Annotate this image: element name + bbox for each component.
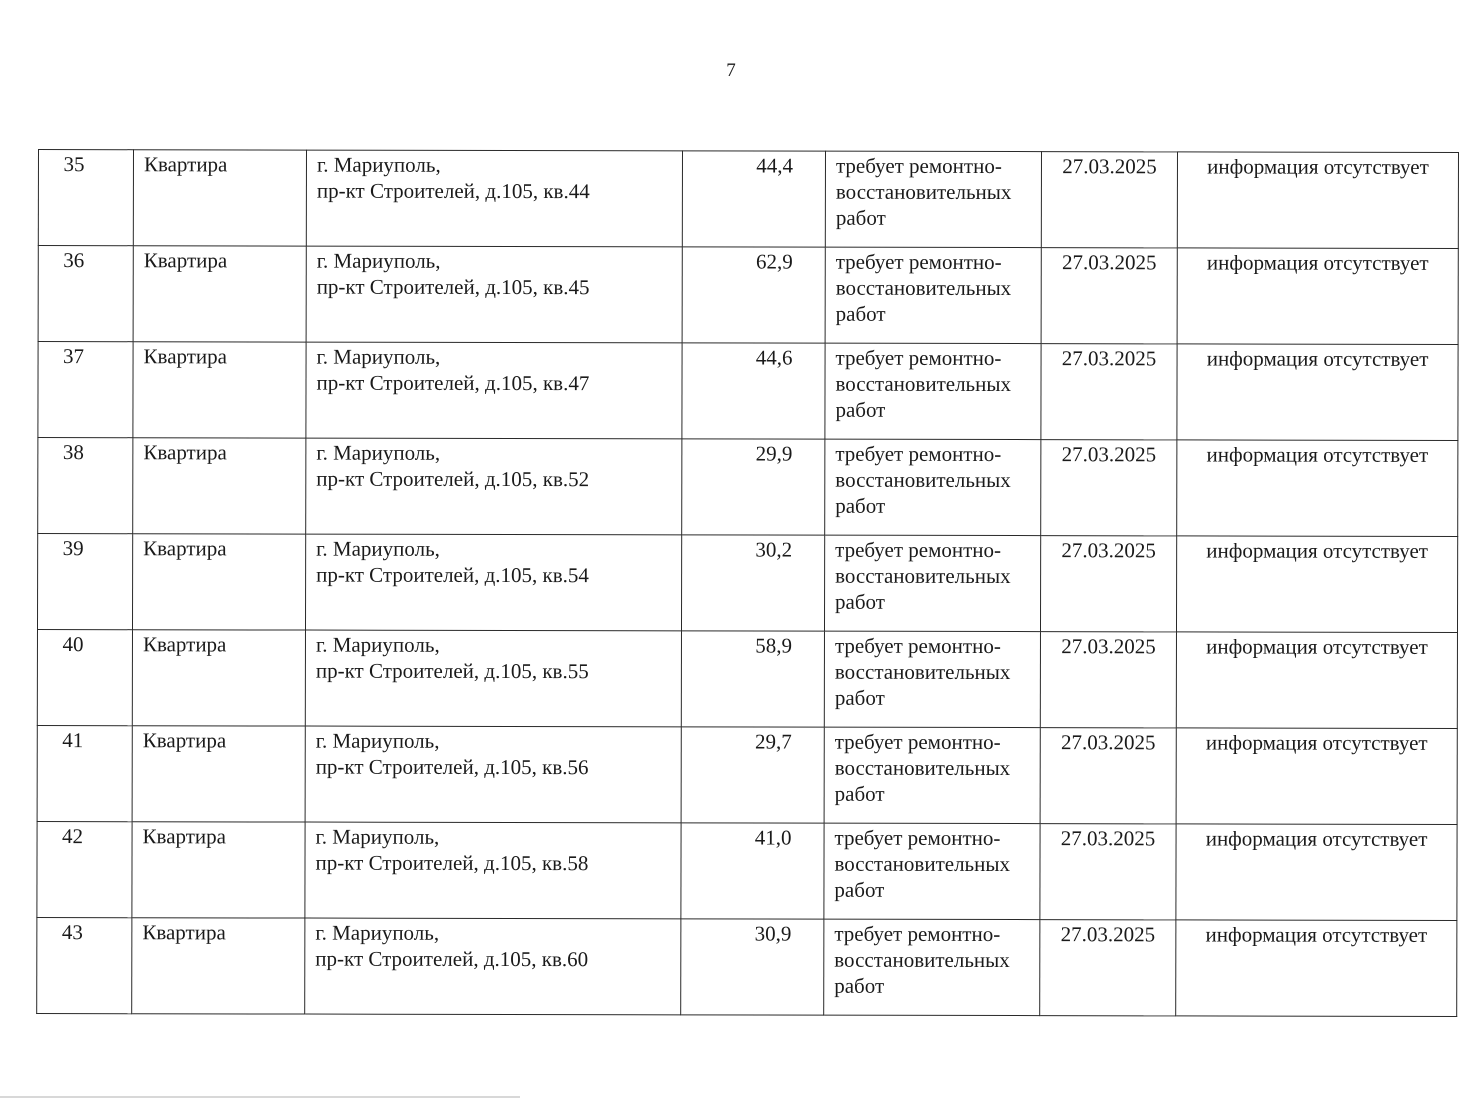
page-number: 7 [0,60,1462,82]
condition-line-3: работ [835,685,1030,711]
row-number: 37 [38,342,133,438]
condition-line-3: работ [835,589,1030,615]
property-type: Квартира [132,534,305,630]
condition-line-1: требует ремонтно- [836,345,1031,371]
property-type: Квартира [133,438,306,534]
condition-line-2: восстановительных [836,275,1031,301]
property-address: г. Мариуполь, пр-кт Строителей, д.105, к… [305,534,681,631]
condition-line-2: восстановительных [835,563,1030,589]
property-address: г. Мариуполь, пр-кт Строителей, д.105, к… [305,918,681,1015]
property-area: 41,0 [681,823,824,919]
row-number: 35 [38,150,133,246]
address-city: г. Мариуполь, [316,440,671,467]
address-city: г. Мариуполь, [316,536,671,563]
address-street: пр-кт Строителей, д.105, кв.47 [316,370,671,397]
owner-info: информация отсутствует [1176,728,1457,825]
owner-info: информация отсутствует [1176,536,1457,633]
table-row: 35 Квартира г. Мариуполь, пр-кт Строител… [38,150,1458,249]
address-city: г. Мариуполь, [316,632,671,659]
property-address: г. Мариуполь, пр-кт Строителей, д.105, к… [306,150,682,247]
address-city: г. Мариуполь, [315,920,670,947]
property-address: г. Мариуполь, пр-кт Строителей, д.105, к… [306,438,682,535]
condition-line-3: работ [835,781,1030,807]
condition-line-2: восстановительных [835,659,1030,685]
property-address: г. Мариуполь, пр-кт Строителей, д.105, к… [305,630,681,727]
row-number: 42 [37,821,132,917]
condition-line-2: восстановительных [836,179,1031,205]
property-condition: требует ремонтно- восстановительных рабо… [824,727,1040,823]
inspection-date: 27.03.2025 [1040,536,1176,632]
condition-line-3: работ [836,205,1031,231]
table-row: 43 Квартира г. Мариуполь, пр-кт Строител… [37,917,1457,1016]
property-area: 62,9 [682,247,825,343]
condition-line-1: требует ремонтно- [836,153,1031,179]
address-street: пр-кт Строителей, д.105, кв.45 [317,274,672,301]
address-street: пр-кт Строителей, д.105, кв.44 [317,178,672,205]
owner-info: информация отсутствует [1176,824,1457,921]
inspection-date: 27.03.2025 [1040,920,1176,1016]
property-type: Квартира [133,150,306,246]
condition-line-1: требует ремонтно- [836,249,1031,275]
condition-line-3: работ [835,493,1030,519]
property-area: 30,2 [681,535,824,631]
table-row: 36 Квартира г. Мариуполь, пр-кт Строител… [38,246,1458,345]
row-number: 43 [37,917,132,1013]
row-number: 36 [38,246,133,342]
property-area: 58,9 [681,631,824,727]
row-number: 40 [37,630,132,726]
table-row: 41 Квартира г. Мариуполь, пр-кт Строител… [37,725,1457,824]
row-number: 38 [38,438,133,534]
property-condition: требует ремонтно- восстановительных рабо… [824,919,1040,1015]
property-type: Квартира [133,342,306,438]
condition-line-2: восстановительных [835,467,1030,493]
owner-info: информация отсутствует [1176,632,1457,729]
row-number: 41 [37,725,132,821]
condition-line-1: требует ремонтно- [835,825,1030,851]
condition-line-3: работ [834,973,1029,999]
address-street: пр-кт Строителей, д.105, кв.58 [315,850,670,877]
condition-line-2: восстановительных [834,851,1029,877]
address-street: пр-кт Строителей, д.105, кв.56 [316,754,671,781]
property-condition: требует ремонтно- восстановительных рабо… [824,631,1040,727]
property-area: 29,9 [682,439,825,535]
condition-line-3: работ [834,877,1029,903]
inspection-date: 27.03.2025 [1041,440,1177,536]
address-street: пр-кт Строителей, д.105, кв.55 [316,658,671,685]
condition-line-2: восстановительных [835,755,1030,781]
inspection-date: 27.03.2025 [1041,344,1177,440]
table-row: 39 Квартира г. Мариуполь, пр-кт Строител… [37,534,1457,633]
condition-line-1: требует ремонтно- [834,921,1029,947]
property-address: г. Мариуполь, пр-кт Строителей, д.105, к… [305,822,681,919]
property-address: г. Мариуполь, пр-кт Строителей, д.105, к… [306,342,682,439]
owner-info: информация отсутствует [1177,248,1458,345]
condition-line-1: требует ремонтно- [835,729,1030,755]
address-city: г. Мариуполь, [317,248,672,275]
property-type: Квартира [132,918,305,1014]
property-type: Квартира [132,630,305,726]
condition-line-2: восстановительных [834,947,1029,973]
property-area: 30,9 [681,919,824,1015]
property-area: 29,7 [681,727,824,823]
condition-line-1: требует ремонтно- [835,441,1030,467]
property-address: г. Мариуполь, пр-кт Строителей, д.105, к… [306,246,682,343]
property-condition: требует ремонтно- восстановительных рабо… [824,535,1040,631]
property-area: 44,4 [682,151,825,247]
table-row: 38 Квартира г. Мариуполь, пр-кт Строител… [38,438,1458,537]
property-table-body: 35 Квартира г. Мариуполь, пр-кт Строител… [37,150,1459,1017]
property-type: Квартира [132,822,305,918]
condition-line-3: работ [835,397,1030,423]
table-row: 42 Квартира г. Мариуполь, пр-кт Строител… [37,821,1457,920]
owner-info: информация отсутствует [1177,440,1458,537]
property-condition: требует ремонтно- восстановительных рабо… [825,439,1041,535]
address-street: пр-кт Строителей, д.105, кв.54 [316,562,671,589]
property-type: Квартира [132,726,305,822]
address-city: г. Мариуполь, [316,728,671,755]
condition-line-2: восстановительных [835,371,1030,397]
owner-info: информация отсутствует [1176,920,1457,1017]
row-number: 39 [37,534,132,630]
property-condition: требует ремонтно- восстановительных рабо… [825,343,1041,439]
inspection-date: 27.03.2025 [1041,152,1177,248]
owner-info: информация отсутствует [1177,344,1458,441]
inspection-date: 27.03.2025 [1040,824,1176,920]
table-row: 40 Квартира г. Мариуполь, пр-кт Строител… [37,630,1457,729]
condition-line-1: требует ремонтно- [835,537,1030,563]
property-type: Квартира [133,246,306,342]
property-condition: требует ремонтно- восстановительных рабо… [824,823,1040,919]
property-condition: требует ремонтно- восстановительных рабо… [825,151,1041,247]
inspection-date: 27.03.2025 [1041,248,1177,344]
address-street: пр-кт Строителей, д.105, кв.60 [315,946,670,973]
address-city: г. Мариуполь, [317,344,672,371]
property-condition: требует ремонтно- восстановительных рабо… [825,247,1041,343]
address-city: г. Мариуполь, [317,152,672,179]
property-area: 44,6 [682,343,825,439]
address-street: пр-кт Строителей, д.105, кв.52 [316,466,671,493]
property-address: г. Мариуполь, пр-кт Строителей, д.105, к… [305,726,681,823]
inspection-date: 27.03.2025 [1040,632,1176,728]
condition-line-1: требует ремонтно- [835,633,1030,659]
table-row: 37 Квартира г. Мариуполь, пр-кт Строител… [38,342,1458,441]
property-table: 35 Квартира г. Мариуполь, пр-кт Строител… [36,149,1459,1017]
address-city: г. Мариуполь, [316,824,671,851]
inspection-date: 27.03.2025 [1040,728,1176,824]
condition-line-3: работ [836,301,1031,327]
owner-info: информация отсутствует [1177,152,1458,249]
